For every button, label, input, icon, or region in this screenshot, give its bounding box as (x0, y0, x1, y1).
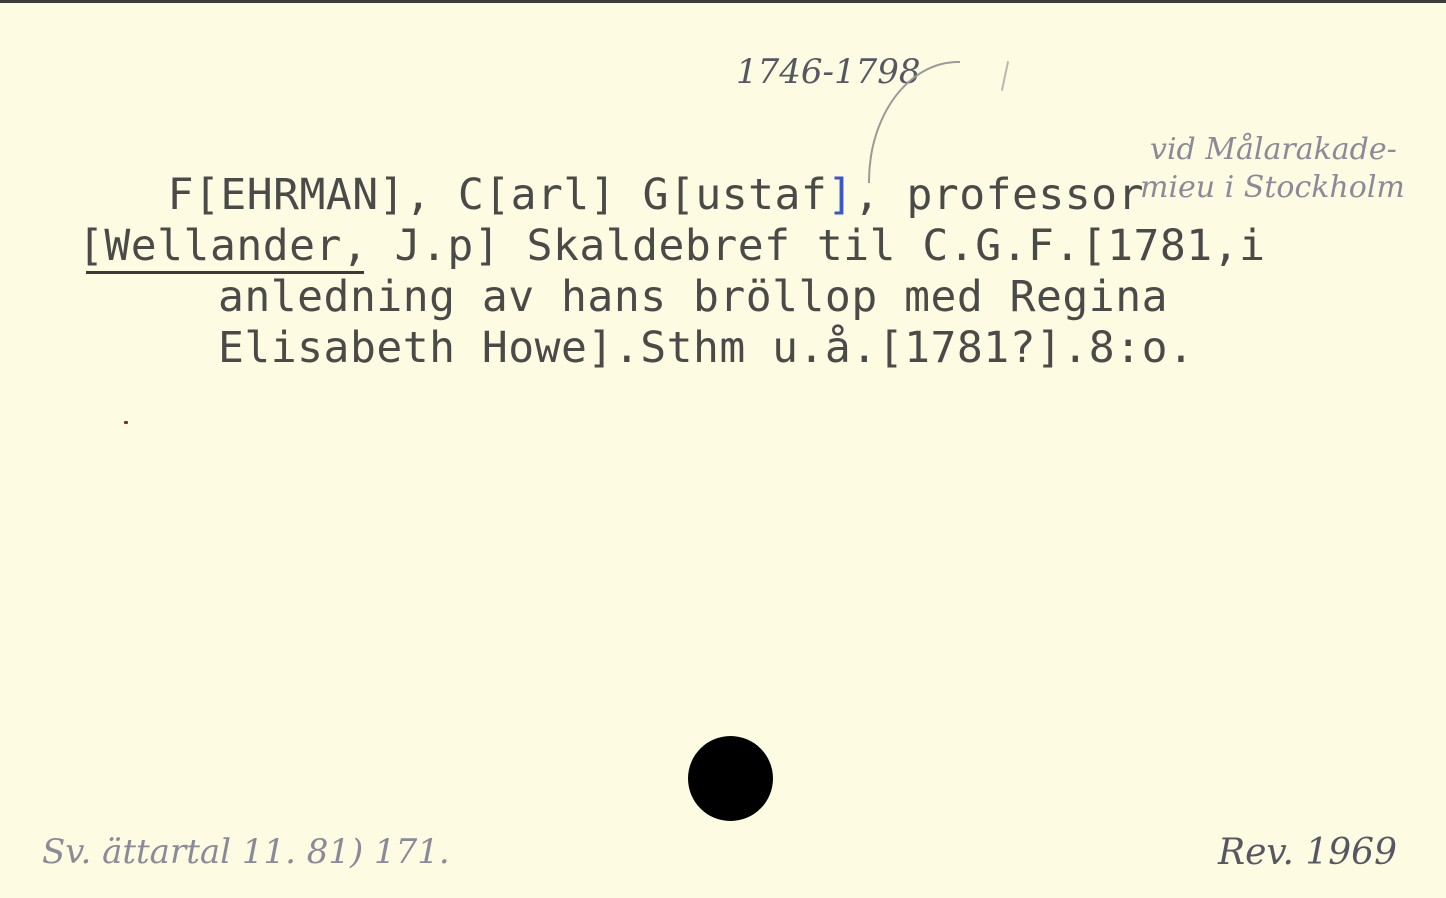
handwritten-dates: 1746-1798 (736, 55, 921, 89)
heading-f: f (801, 170, 827, 220)
source-note: Sv. ättartal 11. 81) 171. (42, 835, 450, 869)
heading-surname: EHRMAN (220, 170, 378, 220)
heading-prefix: F[ (168, 170, 221, 220)
blue-bracket: ] (827, 170, 853, 220)
heading-middle: ], C[arl] G[usta (379, 170, 801, 220)
handwritten-affiliation-line1: vid Målarakade- (1150, 135, 1397, 165)
entry-line-3: Elisabeth Howe].Sthm u.å.[1781?].8:o. (218, 327, 1194, 370)
heading-after: , professor (854, 170, 1144, 220)
catalog-card: 1746-1798 F[EHRMAN], C[arl] G[ustaf], pr… (0, 0, 1446, 898)
entry-line-1: [Wellander, J.p] Skaldebref til C.G.F.[1… (78, 225, 1265, 268)
paper-speck (124, 421, 128, 424)
revision-note: Rev. 1969 (1218, 835, 1397, 871)
entry-line-2: anledning av hans bröllop med Regina (218, 276, 1168, 319)
pencil-slash-mark (1001, 61, 1009, 91)
handwritten-affiliation-line2: mieu i Stockholm (1140, 173, 1405, 203)
punch-hole (688, 736, 773, 821)
